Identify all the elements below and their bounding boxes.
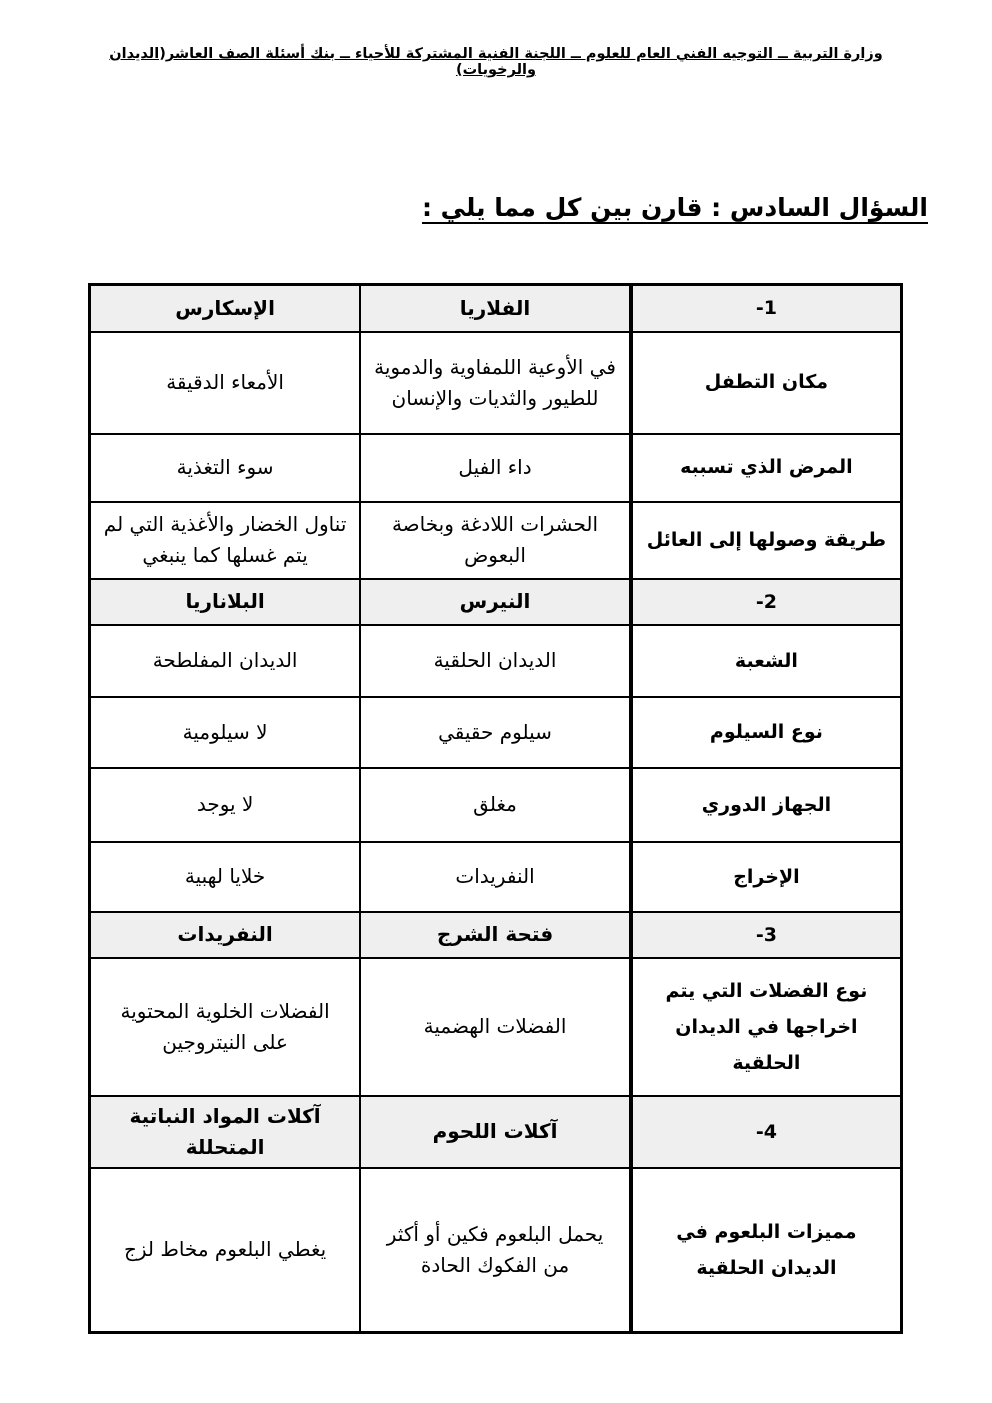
table-row: مميزات البلعوم في الديدان الحلقية يحمل ا… xyxy=(90,1168,902,1333)
middle-value-cell: في الأوعية اللمفاوية والدموية للطيور وال… xyxy=(360,332,631,434)
middle-value-cell: الحشرات اللادغة وبخاصة البعوض xyxy=(360,502,631,579)
left-value-cell: يغطي البلعوم مخاط لزج xyxy=(90,1168,361,1333)
document-page: وزارة التربية ــ التوجيه الفني العام للع… xyxy=(0,0,992,1403)
left-value-cell: الفضلات الخلوية المحتوية على النيتروجين xyxy=(90,958,361,1096)
middle-value-cell: فتحة الشرج xyxy=(360,912,631,958)
table-row: الإخراج النفريدات خلايا لهبية xyxy=(90,842,902,912)
left-value-cell: لا سيلومية xyxy=(90,697,361,768)
table-row: نوع الفضلات التي يتم اخراجها في الديدان … xyxy=(90,958,902,1096)
left-value-cell: لا يوجد xyxy=(90,768,361,842)
row-label-cell: مكان التطفل xyxy=(631,332,902,434)
table-section-row: -3 فتحة الشرج النفريدات xyxy=(90,912,902,958)
table-section-row: -2 النيرس البلاناريا xyxy=(90,579,902,625)
middle-value-cell: النيرس xyxy=(360,579,631,625)
row-label-cell: نوع السيلوم xyxy=(631,697,902,768)
middle-value-cell: آكلات اللحوم xyxy=(360,1096,631,1168)
table-row: نوع السيلوم سيلوم حقيقي لا سيلومية xyxy=(90,697,902,768)
middle-value-cell: داء الفيل xyxy=(360,434,631,502)
question-title: السؤال السادس : قارن بين كل مما يلي : xyxy=(422,193,928,222)
middle-value-cell: الديدان الحلقية xyxy=(360,625,631,697)
table-row: طريقة وصولها إلى العائل الحشرات اللادغة … xyxy=(90,502,902,579)
row-number-cell: -4 xyxy=(631,1096,902,1168)
table-row: المرض الذي تسببه داء الفيل سوء التغذية xyxy=(90,434,902,502)
middle-value-cell: مغلق xyxy=(360,768,631,842)
left-value-cell: تناول الخضار والأغذية التي لم يتم غسلها … xyxy=(90,502,361,579)
row-label-cell: طريقة وصولها إلى العائل xyxy=(631,502,902,579)
left-value-cell: آكلات المواد النباتية المتحللة xyxy=(90,1096,361,1168)
row-number-cell: -2 xyxy=(631,579,902,625)
row-label-cell: نوع الفضلات التي يتم اخراجها في الديدان … xyxy=(631,958,902,1096)
middle-value-cell: الفلاريا xyxy=(360,285,631,332)
table-section-row: -1 الفلاريا الإسكارس xyxy=(90,285,902,332)
left-value-cell: النفريدات xyxy=(90,912,361,958)
row-label-cell: الشعبة xyxy=(631,625,902,697)
left-value-cell: خلايا لهبية xyxy=(90,842,361,912)
row-label-cell: الإخراج xyxy=(631,842,902,912)
row-number-cell: -3 xyxy=(631,912,902,958)
document-header: وزارة التربية ــ التوجيه الفني العام للع… xyxy=(88,46,904,78)
row-label-cell: الجهاز الدوري xyxy=(631,768,902,842)
table-row: مكان التطفل في الأوعية اللمفاوية والدموي… xyxy=(90,332,902,434)
middle-value-cell: يحمل البلعوم فكين أو أكثر من الفكوك الحا… xyxy=(360,1168,631,1333)
row-label-cell: مميزات البلعوم في الديدان الحلقية xyxy=(631,1168,902,1333)
left-value-cell: البلاناريا xyxy=(90,579,361,625)
left-value-cell: سوء التغذية xyxy=(90,434,361,502)
comparison-table: -1 الفلاريا الإسكارس مكان التطفل في الأو… xyxy=(88,283,903,1334)
left-value-cell: الأمعاء الدقيقة xyxy=(90,332,361,434)
middle-value-cell: النفريدات xyxy=(360,842,631,912)
left-value-cell: الإسكارس xyxy=(90,285,361,332)
table-row: الشعبة الديدان الحلقية الديدان المفلطحة xyxy=(90,625,902,697)
row-number-cell: -1 xyxy=(631,285,902,332)
middle-value-cell: سيلوم حقيقي xyxy=(360,697,631,768)
middle-value-cell: الفضلات الهضمية xyxy=(360,958,631,1096)
left-value-cell: الديدان المفلطحة xyxy=(90,625,361,697)
table-row: الجهاز الدوري مغلق لا يوجد xyxy=(90,768,902,842)
table-section-row: -4 آكلات اللحوم آكلات المواد النباتية ال… xyxy=(90,1096,902,1168)
row-label-cell: المرض الذي تسببه xyxy=(631,434,902,502)
